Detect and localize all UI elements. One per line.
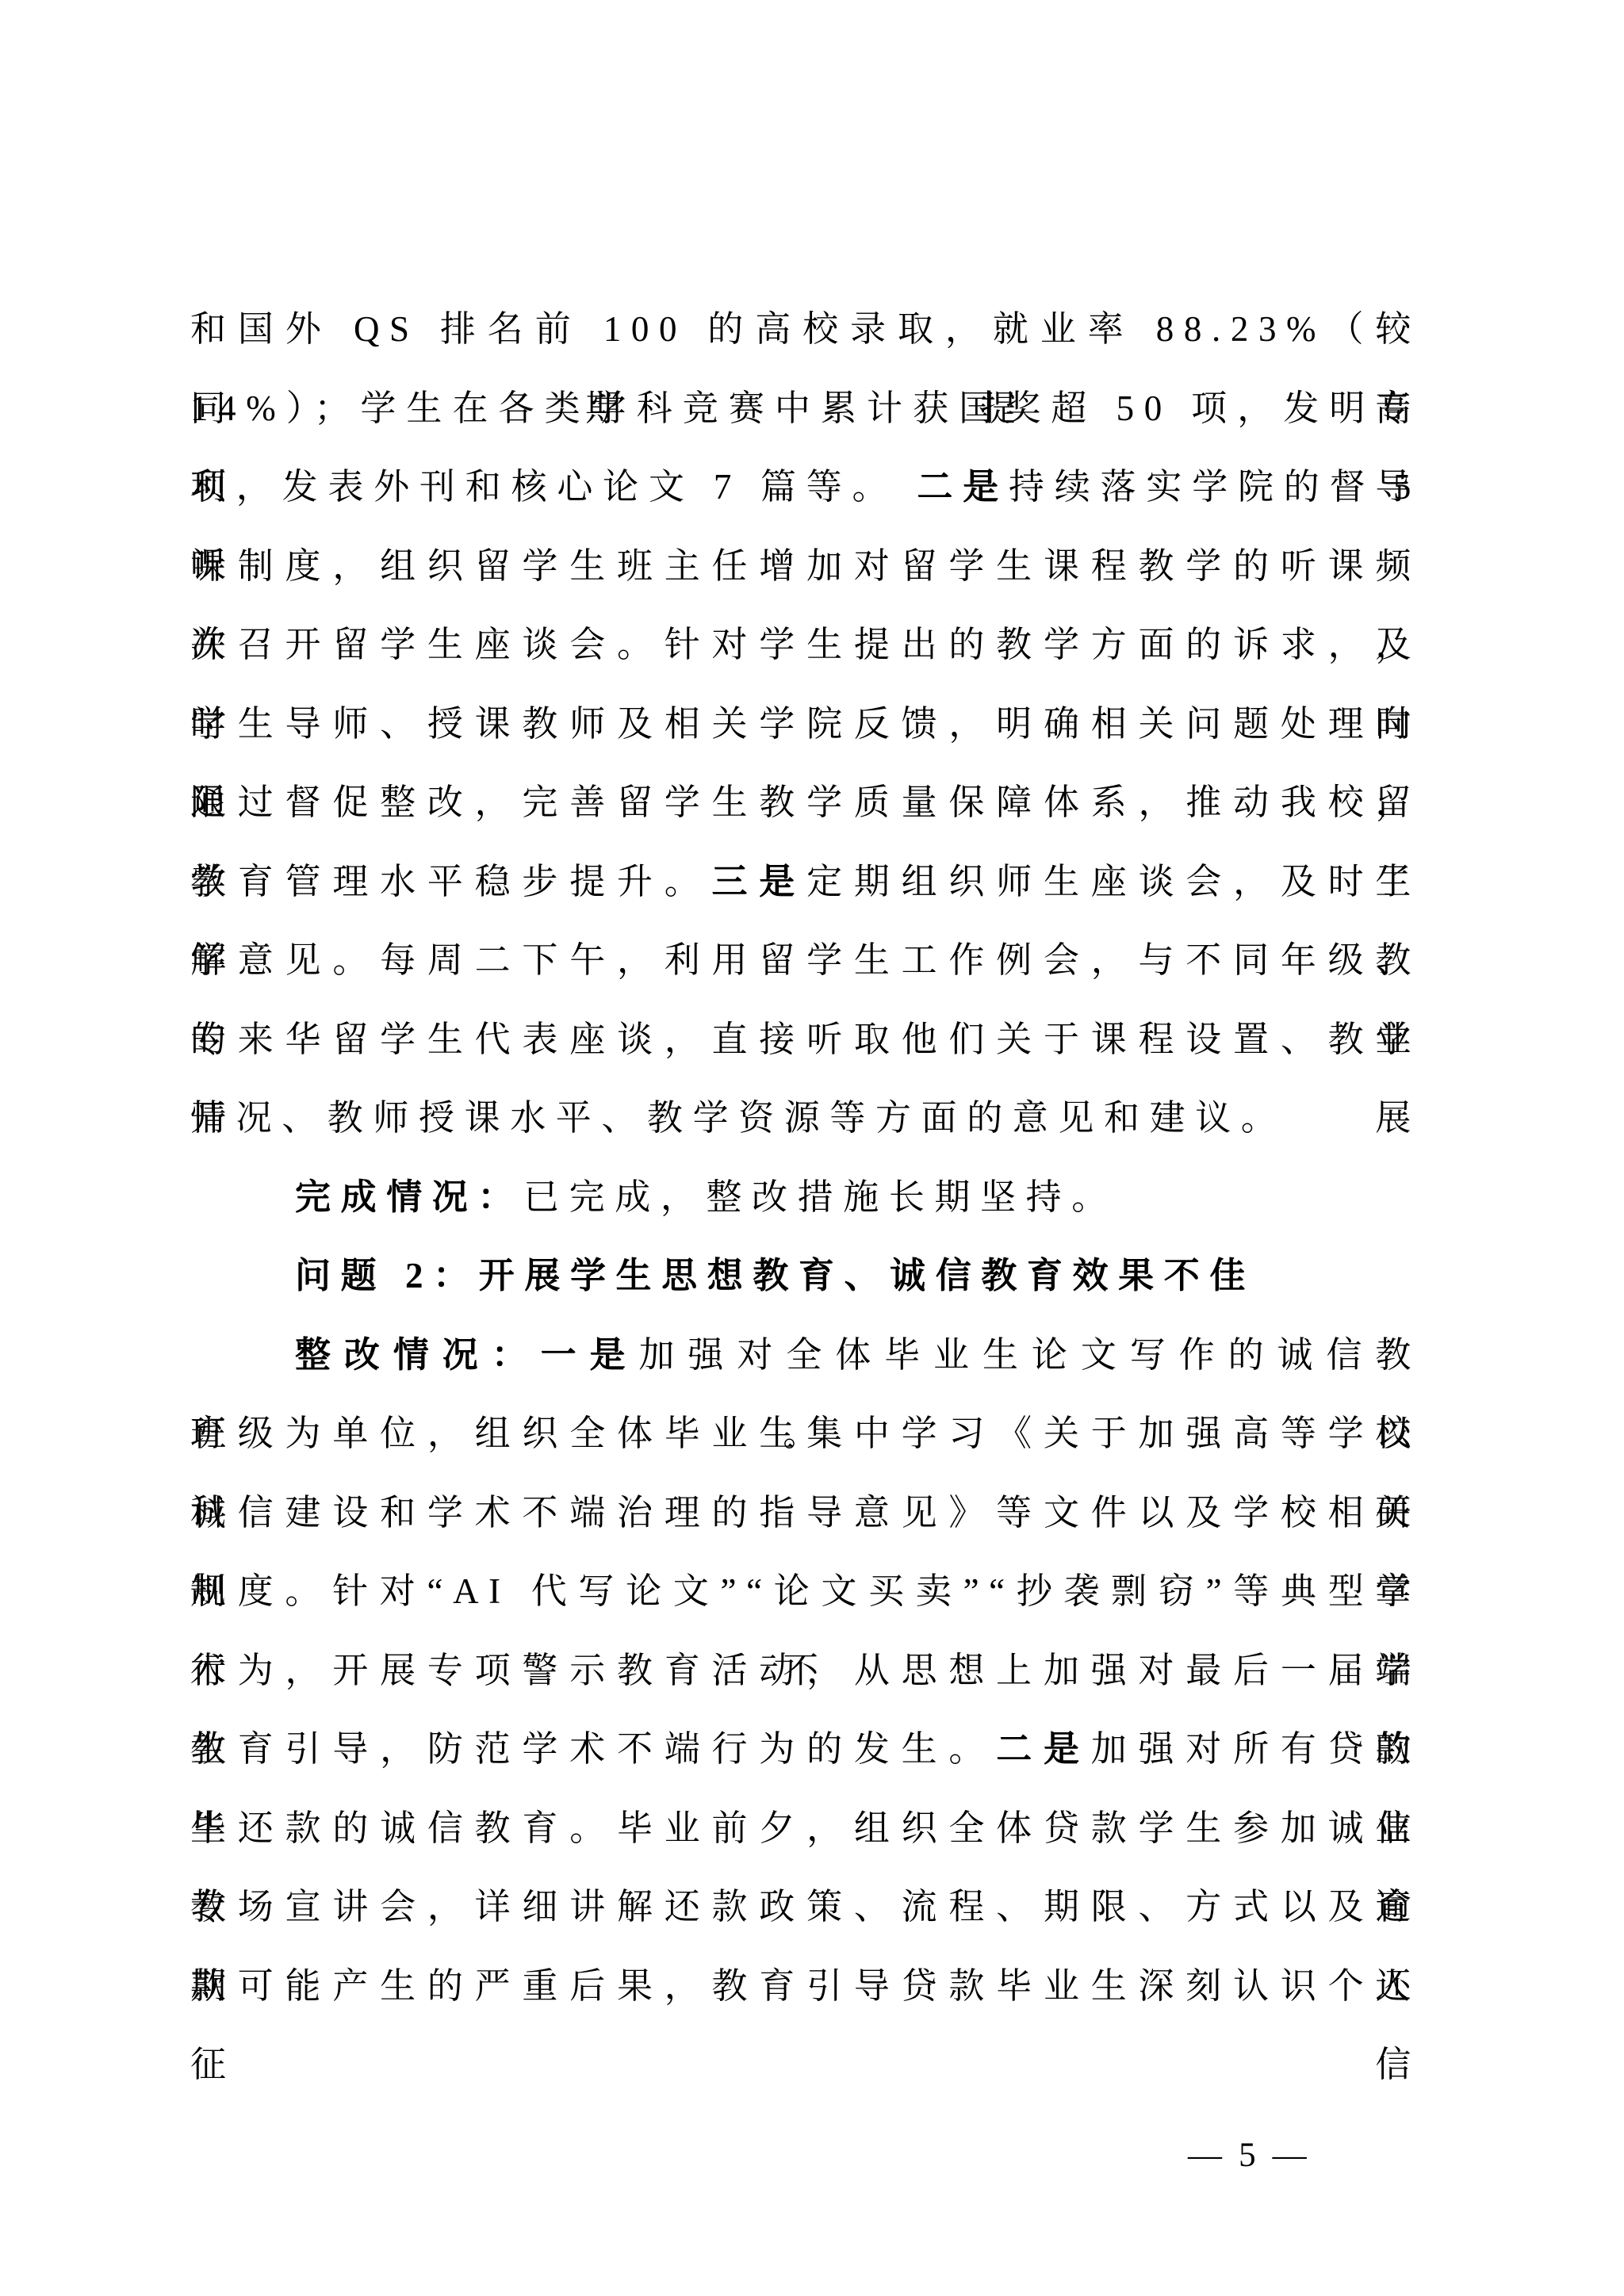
text-line: 制度。针对“AI 代写论文”“论文买卖”“抄袭剽窃”等典型学术不端 — [190, 1552, 1421, 1632]
text-line: 的来华留学生代表座谈，直接听取他们关于课程设置、教学开展 — [190, 1001, 1421, 1080]
bold-text-segment: 二是 — [996, 1729, 1091, 1769]
text-line: 学生导师、授课教师及相关学院反馈，明确相关问题处理时限， — [190, 685, 1421, 764]
bold-text-segment: 三是 — [712, 862, 807, 901]
text-line: 款可能产生的严重后果，教育引导贷款毕业生深刻认识个人征信 — [190, 1947, 1421, 2026]
text-line: 完成情况：已完成，整改措施长期坚持。 — [190, 1158, 1421, 1238]
bold-text-segment: 问题 2：开展学生思想教育、诚信教育效果不佳 — [295, 1256, 1255, 1295]
text-line: 生还款的诚信教育。毕业前夕，组织全体贷款学生参加诚信教育 — [190, 1789, 1421, 1869]
text-segment: 教育管理水平稳步提升。 — [190, 862, 712, 901]
text-line: 专场宣讲会，详细讲解还款政策、流程、期限、方式以及逾期还 — [190, 1868, 1421, 1947]
text-line: 教育管理水平稳步提升。三是定期组织师生座谈会，及时了解教 — [190, 843, 1421, 922]
text-segment: 教育引导，防范学术不端行为的发生。 — [190, 1729, 996, 1769]
text-line: 教育引导，防范学术不端行为的发生。二是加强对所有贷款毕业 — [190, 1710, 1421, 1789]
page-number: — 5 — — [1188, 2136, 1311, 2175]
text-line: 通过督促整改，完善留学生教学质量保障体系，推动我校留学生 — [190, 763, 1421, 843]
text-line: 问题 2：开展学生思想教育、诚信教育效果不佳 — [190, 1237, 1421, 1316]
text-segment: 项，发表外刊和核心论文 7 篇等。 — [190, 467, 917, 507]
text-line: 班级为单位，组织全体毕业生集中学习《关于加强高等学校科研 — [190, 1395, 1421, 1474]
bold-text-segment: 一是 — [541, 1335, 639, 1375]
text-line: 项，发表外刊和核心论文 7 篇等。 二是持续落实学院的督导听 — [190, 448, 1421, 527]
text-line: 学意见。每周二下午，利用留学生工作例会，与不同年级、专业 — [190, 921, 1421, 1001]
text-line: 行为，开展专项警示教育活动，从思想上加强对最后一届学生的 — [190, 1632, 1421, 1711]
text-line: 诚信建设和学术不端治理的指导意见》等文件以及学校相关规章 — [190, 1474, 1421, 1553]
document-body: 和国外 QS 排名前 100 的高校录取，就业率 88.23%（较同期提高14%… — [190, 290, 1421, 2026]
bold-text-segment: 完成情况： — [295, 1177, 523, 1217]
bold-text-segment: 二是 — [917, 467, 1009, 507]
document-page: 和国外 QS 排名前 100 的高校录取，就业率 88.23%（较同期提高14%… — [0, 0, 1624, 2296]
text-line: 并召开留学生座谈会。针对学生提出的教学方面的诉求，及时向 — [190, 606, 1421, 685]
text-segment: 已完成，整改措施长期坚持。 — [523, 1177, 1117, 1217]
text-segment: 情况、教师授课水平、教学资源等方面的意见和建议。 — [190, 1098, 1286, 1138]
text-line: 整改情况：一是加强对全体毕业生论文写作的诚信教育。以 — [190, 1316, 1421, 1395]
text-line: 14%）；学生在各类学科竞赛中累计获国奖超 50 项，发明专利 5 — [190, 369, 1421, 449]
text-segment: 款可能产生的严重后果，教育引导贷款毕业生深刻认识个人征信 — [190, 1966, 1421, 2085]
text-line: 情况、教师授课水平、教学资源等方面的意见和建议。 — [190, 1079, 1421, 1158]
bold-text-segment: 整改情况： — [295, 1335, 541, 1375]
text-line: 和国外 QS 排名前 100 的高校录取，就业率 88.23%（较同期提高 — [190, 290, 1421, 369]
text-line: 课制度，组织留学生班主任增加对留学生课程教学的听课频次， — [190, 527, 1421, 607]
